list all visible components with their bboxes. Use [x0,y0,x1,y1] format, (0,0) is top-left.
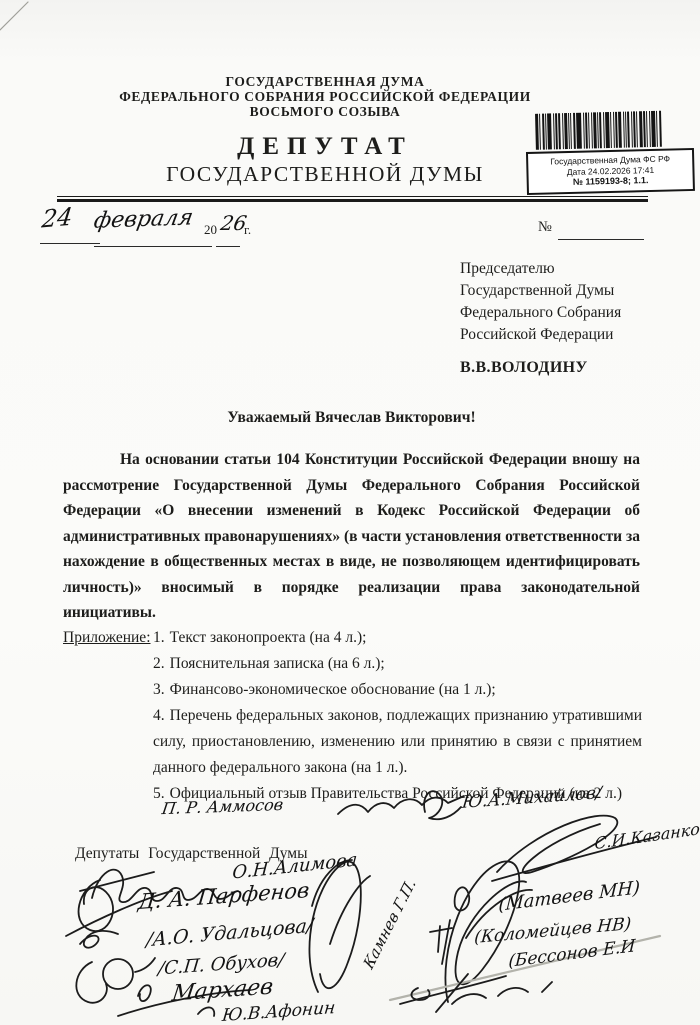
signature-udaltsova: /А.О. Удальцова/ [145,915,314,952]
number-blank-underline [558,239,644,240]
org-name-line2: ФЕДЕРАЛЬНОГО СОБРАНИЯ РОССИЙСКОЙ ФЕДЕРАЦ… [0,89,650,104]
letterhead-divider [57,196,648,202]
date-year-underline [216,246,240,247]
signature-kazankov: С.И.Казанков [594,818,700,853]
signature-parfenov: Д. А. Парфенов [137,878,311,914]
attachments-block: Приложение: 1.Текст законопроекта (на 4 … [63,625,642,807]
barcode [535,110,688,150]
addressee-line: Российской Федерации [460,324,621,346]
attachment-item: 1.Текст законопроекта (на 4 л.); [153,625,642,651]
date-year-handwritten: 26 [219,211,249,235]
org-name-line1: ГОСУДАРСТВЕННАЯ ДУМА [0,74,650,89]
date-century-printed: 20 [204,222,217,238]
addressee-line: Федерального Собрания [460,302,621,324]
attachment-item: 3.Финансово-экономическое обоснование (н… [153,677,642,703]
salutation: Уважаемый Вячеслав Викторович! [63,409,640,427]
signature-markhaev: Мархаев [170,974,274,1006]
date-day-underline [40,243,100,244]
addressee-block: Председателю Государственной Думы Федера… [460,258,621,379]
date-day-handwritten: 24 [40,202,74,233]
signature-ammosov: П. Р. Аммосов [161,795,285,818]
addressee-line: Председателю [460,258,621,280]
date-month-underline [94,246,212,247]
registration-stamp-box: Государственная Дума ФС РФ Дата 24.02.20… [526,148,695,195]
scanned-letter-page: ГОСУДАРСТВЕННАЯ ДУМА ФЕДЕРАЛЬНОГО СОБРАН… [0,0,700,1025]
signature-afonin: Ю.В.Афонин [221,998,336,1025]
registration-stamp: Государственная Дума ФС РФ Дата 24.02.20… [525,110,695,195]
signature-matveev: (Матвеев МН) [498,877,640,916]
attachments-list: 1.Текст законопроекта (на 4 л.); 2.Поясн… [153,625,642,807]
attachment-item: 4.Перечень федеральных законов, подлежащ… [153,703,642,781]
attachment-item: 2.Пояснительная записка (на 6 л.); [153,651,642,677]
addressee-name: В.В.ВОЛОДИНУ [460,357,621,379]
attachments-label: Приложение: [63,625,153,807]
date-month-handwritten: февраля [92,205,195,234]
signature-kamnev: Камнев Г.П. [360,875,419,973]
number-label: № [538,219,552,236]
body-paragraph: На основании статьи 104 Конституции Росс… [63,447,640,626]
addressee-line: Государственной Думы [460,280,621,302]
